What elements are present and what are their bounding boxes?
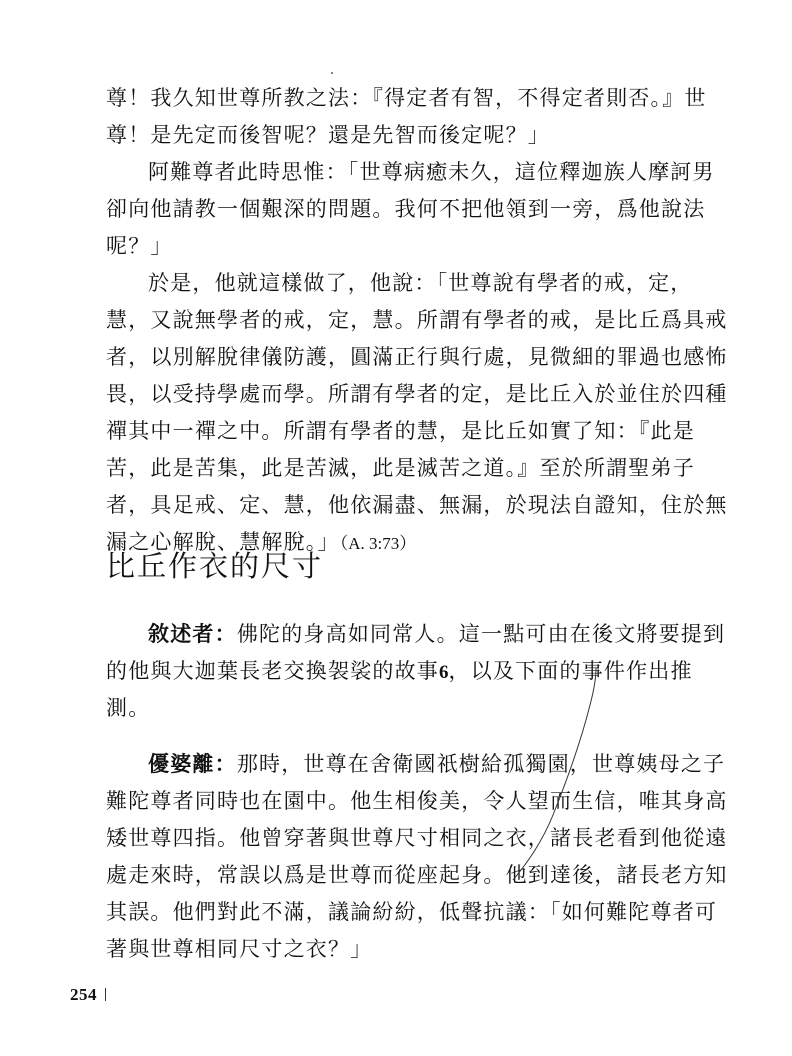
text-line: 於是，他就這樣做了，他說：「世尊說有學者的戒，定， [106,269,693,297]
text-line: 苦，此是苦集，此是苦滅，此是滅苦之道。』至於所謂聖弟子 [106,454,695,482]
page-number-text: 254 [70,985,97,1004]
text-line: 的他與大迦葉長老交換袈裟的故事6，以及下面的事件作出推 [106,657,693,687]
text-line: 呢？」 [106,232,173,260]
text-line: 難陀尊者同時也在園中。他生相俊美，令人望而生信，唯其身高 [106,787,728,815]
text-line: 阿難尊者此時思惟：「世尊病癒未久，這位釋迦族人摩訶男 [106,158,715,186]
text-line-body: 佛陀的身高如同常人。這一點可由在後文將要提到 [237,622,725,646]
text-line: 矮世尊四指。他曾穿著與世尊尺寸相同之衣，諸長老看到他從遠 [106,824,728,852]
book-page: 尊！我久知世尊所教之法：『得定者有智，不得定者則否。』世 尊！是先定而後智呢？還… [0,0,792,1056]
text-line: 者，以別解脫律儀防護，圓滿正行與行處，見微細的罪過也感怖 [106,343,728,371]
page-number: 254 [70,985,106,1005]
text-line-body: ，以及下面的事件作出推 [449,659,693,683]
text-line-body: 的他與大迦葉長老交換袈裟的故事 [106,659,439,683]
text-line: 測。 [106,694,150,722]
text-line: 畏，以受持學處而學。所謂有學者的定，是比丘入於並住於四種 [106,380,728,408]
text-line: 尊！我久知世尊所教之法：『得定者有智，不得定者則否。』世 [106,84,707,112]
folio-divider [105,988,106,1001]
text-line: 其誤。他們對此不滿，議論紛紛，低聲抗議：「如何難陀尊者可 [106,898,717,926]
text-line: 尊！是先定而後智呢？還是先智而後定呢？」 [106,121,550,149]
text-line-body: 那時，世尊在舍衛國祇樹給孤獨園，世尊姨母之子 [237,752,725,776]
citation: （A. 3:73） [340,534,417,553]
footnote-reference[interactable]: 6 [439,662,449,683]
text-line: 慧，又說無學者的戒，定，慧。所謂有學者的戒，是比丘爲具戒 [106,306,728,334]
speaker-label: 敘述者： [148,621,237,646]
text-line: 者，具足戒、定、慧，他依漏盡、無漏，於現法自證知，住於無 [106,491,728,519]
section-heading: 比丘作衣的尺寸 [106,548,323,584]
text-line: 著與世尊相同尺寸之衣？」 [106,935,372,963]
text-line: 卻向他請教一個艱深的問題。我何不把他領到一旁，爲他說法 [106,195,705,223]
text-line: 處走來時，常誤以爲是世尊而從座起身。他到達後，諸長老方知 [106,861,728,889]
print-speck [331,72,333,74]
text-line: 敘述者：佛陀的身高如同常人。這一點可由在後文將要提到 [106,620,725,648]
speaker-label: 優婆離： [148,751,237,776]
text-line: 優婆離：那時，世尊在舍衛國祇樹給孤獨園，世尊姨母之子 [106,750,725,778]
text-line: 禪其中一禪之中。所謂有學者的慧，是比丘如實了知：『此是 [106,417,695,445]
